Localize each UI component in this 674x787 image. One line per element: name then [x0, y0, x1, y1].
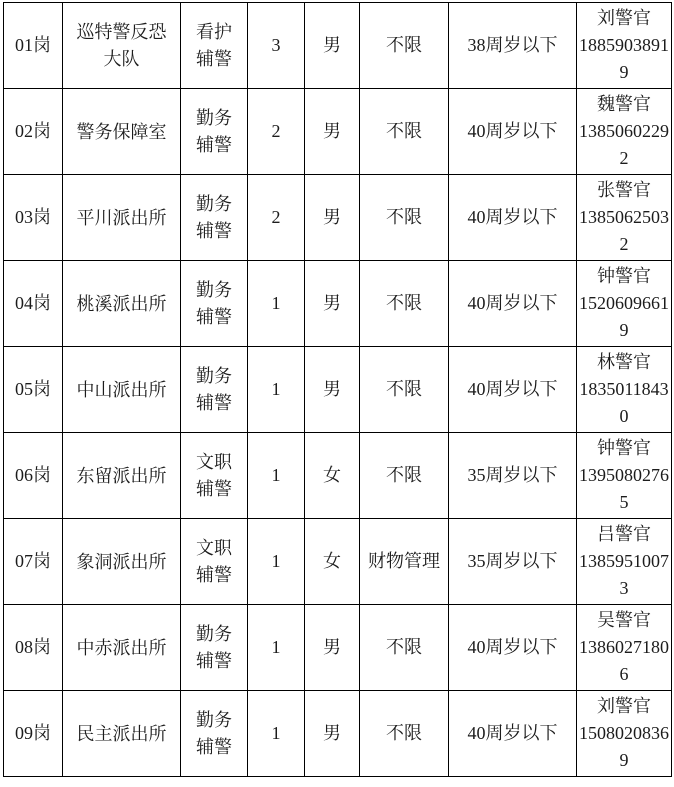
unit-text: 平川派出所	[74, 205, 170, 232]
position-type-text: 勤务辅警	[194, 191, 234, 245]
cell-gender: 男	[305, 691, 360, 777]
contact-name-text: 钟警官	[577, 435, 671, 462]
cell-position-type: 勤务辅警	[181, 347, 248, 433]
cell-unit: 中赤派出所	[63, 605, 181, 691]
cell-age-limit: 40周岁以下	[449, 175, 577, 261]
unit-text: 巡特警反恐大队	[74, 19, 170, 73]
cell-contact: 钟警官 15206096619	[577, 261, 672, 347]
cell-post-number: 08岗	[4, 605, 63, 691]
unit-text: 民主派出所	[74, 721, 170, 748]
cell-age-limit: 35周岁以下	[449, 433, 577, 519]
contact-phone-text: 15080208369	[579, 723, 669, 770]
cell-major: 不限	[360, 89, 449, 175]
cell-contact: 魏警官 13850602292	[577, 89, 672, 175]
contact-name-text: 林警官	[577, 349, 671, 376]
cell-unit: 象洞派出所	[63, 519, 181, 605]
table-row: 03岗 平川派出所 勤务辅警 2 男 不限 40周岁以下 张警官 1385062…	[4, 175, 672, 261]
cell-headcount: 1	[248, 433, 305, 519]
cell-age-limit: 35周岁以下	[449, 519, 577, 605]
cell-position-type: 勤务辅警	[181, 605, 248, 691]
cell-major: 不限	[360, 433, 449, 519]
unit-text: 警务保障室	[74, 119, 170, 146]
cell-age-limit: 38周岁以下	[449, 3, 577, 89]
contact-phone-text: 13859510073	[579, 551, 669, 598]
cell-gender: 女	[305, 519, 360, 605]
cell-headcount: 1	[248, 691, 305, 777]
cell-contact: 吕警官 13859510073	[577, 519, 672, 605]
cell-headcount: 1	[248, 347, 305, 433]
table-row: 06岗 东留派出所 文职辅警 1 女 不限 35周岁以下 钟警官 1395080…	[4, 433, 672, 519]
contact-phone-text: 18350118430	[579, 379, 668, 426]
cell-post-number: 06岗	[4, 433, 63, 519]
contact-phone-text: 13850625032	[579, 207, 669, 254]
cell-contact: 张警官 13850625032	[577, 175, 672, 261]
contact-name-text: 张警官	[577, 177, 671, 204]
cell-major: 不限	[360, 3, 449, 89]
cell-contact: 林警官 18350118430	[577, 347, 672, 433]
cell-major: 不限	[360, 605, 449, 691]
cell-unit: 桃溪派出所	[63, 261, 181, 347]
cell-headcount: 1	[248, 605, 305, 691]
cell-post-number: 03岗	[4, 175, 63, 261]
cell-headcount: 1	[248, 261, 305, 347]
table-row: 09岗 民主派出所 勤务辅警 1 男 不限 40周岁以下 刘警官 1508020…	[4, 691, 672, 777]
cell-major: 不限	[360, 691, 449, 777]
cell-position-type: 勤务辅警	[181, 175, 248, 261]
position-type-text: 文职辅警	[194, 449, 234, 503]
cell-position-type: 勤务辅警	[181, 691, 248, 777]
document-sheet: 01岗 巡特警反恐大队 看护辅警 3 男 不限 38周岁以下 刘警官 18859…	[0, 0, 674, 777]
contact-name-text: 吴警官	[577, 607, 671, 634]
cell-position-type: 文职辅警	[181, 433, 248, 519]
contact-name-text: 刘警官	[577, 693, 671, 720]
unit-text: 东留派出所	[74, 463, 170, 490]
cell-gender: 女	[305, 433, 360, 519]
cell-major: 不限	[360, 175, 449, 261]
cell-age-limit: 40周岁以下	[449, 347, 577, 433]
table-body: 01岗 巡特警反恐大队 看护辅警 3 男 不限 38周岁以下 刘警官 18859…	[4, 3, 672, 777]
table-row: 08岗 中赤派出所 勤务辅警 1 男 不限 40周岁以下 吴警官 1386027…	[4, 605, 672, 691]
contact-phone-text: 13850602292	[579, 121, 669, 168]
contact-phone-text: 15206096619	[579, 293, 669, 340]
cell-age-limit: 40周岁以下	[449, 691, 577, 777]
cell-gender: 男	[305, 347, 360, 433]
table-row: 01岗 巡特警反恐大队 看护辅警 3 男 不限 38周岁以下 刘警官 18859…	[4, 3, 672, 89]
cell-major: 不限	[360, 347, 449, 433]
cell-gender: 男	[305, 261, 360, 347]
table-row: 07岗 象洞派出所 文职辅警 1 女 财物管理 35周岁以下 吕警官 13859…	[4, 519, 672, 605]
cell-post-number: 09岗	[4, 691, 63, 777]
cell-post-number: 07岗	[4, 519, 63, 605]
table-row: 05岗 中山派出所 勤务辅警 1 男 不限 40周岁以下 林警官 1835011…	[4, 347, 672, 433]
cell-contact: 刘警官 18859038919	[577, 3, 672, 89]
cell-headcount: 2	[248, 89, 305, 175]
recruitment-table: 01岗 巡特警反恐大队 看护辅警 3 男 不限 38周岁以下 刘警官 18859…	[3, 2, 672, 777]
cell-position-type: 看护辅警	[181, 3, 248, 89]
unit-text: 象洞派出所	[74, 549, 170, 576]
cell-unit: 中山派出所	[63, 347, 181, 433]
contact-name-text: 刘警官	[577, 5, 671, 32]
cell-age-limit: 40周岁以下	[449, 605, 577, 691]
cell-age-limit: 40周岁以下	[449, 89, 577, 175]
cell-gender: 男	[305, 89, 360, 175]
cell-contact: 吴警官 13860271806	[577, 605, 672, 691]
position-type-text: 勤务辅警	[194, 707, 234, 761]
position-type-text: 文职辅警	[194, 535, 234, 589]
cell-contact: 钟警官 13950802765	[577, 433, 672, 519]
cell-headcount: 3	[248, 3, 305, 89]
cell-gender: 男	[305, 3, 360, 89]
cell-position-type: 勤务辅警	[181, 89, 248, 175]
position-type-text: 勤务辅警	[194, 277, 234, 331]
cell-gender: 男	[305, 605, 360, 691]
contact-name-text: 吕警官	[577, 521, 671, 548]
contact-phone-text: 18859038919	[579, 35, 669, 82]
unit-text: 中山派出所	[74, 377, 170, 404]
contact-phone-text: 13860271806	[579, 637, 669, 684]
cell-post-number: 05岗	[4, 347, 63, 433]
cell-contact: 刘警官 15080208369	[577, 691, 672, 777]
contact-name-text: 魏警官	[577, 91, 671, 118]
position-type-text: 看护辅警	[194, 19, 234, 73]
position-type-text: 勤务辅警	[194, 105, 234, 159]
cell-unit: 东留派出所	[63, 433, 181, 519]
cell-headcount: 1	[248, 519, 305, 605]
cell-unit: 巡特警反恐大队	[63, 3, 181, 89]
cell-post-number: 01岗	[4, 3, 63, 89]
cell-unit: 平川派出所	[63, 175, 181, 261]
cell-position-type: 勤务辅警	[181, 261, 248, 347]
unit-text: 中赤派出所	[74, 635, 170, 662]
cell-major: 财物管理	[360, 519, 449, 605]
cell-post-number: 02岗	[4, 89, 63, 175]
cell-unit: 警务保障室	[63, 89, 181, 175]
contact-phone-text: 13950802765	[579, 465, 669, 512]
cell-gender: 男	[305, 175, 360, 261]
position-type-text: 勤务辅警	[194, 621, 234, 675]
cell-position-type: 文职辅警	[181, 519, 248, 605]
table-row: 02岗 警务保障室 勤务辅警 2 男 不限 40周岁以下 魏警官 1385060…	[4, 89, 672, 175]
unit-text: 桃溪派出所	[74, 291, 170, 318]
cell-age-limit: 40周岁以下	[449, 261, 577, 347]
cell-unit: 民主派出所	[63, 691, 181, 777]
position-type-text: 勤务辅警	[194, 363, 234, 417]
cell-headcount: 2	[248, 175, 305, 261]
cell-major: 不限	[360, 261, 449, 347]
contact-name-text: 钟警官	[577, 263, 671, 290]
cell-post-number: 04岗	[4, 261, 63, 347]
table-row: 04岗 桃溪派出所 勤务辅警 1 男 不限 40周岁以下 钟警官 1520609…	[4, 261, 672, 347]
